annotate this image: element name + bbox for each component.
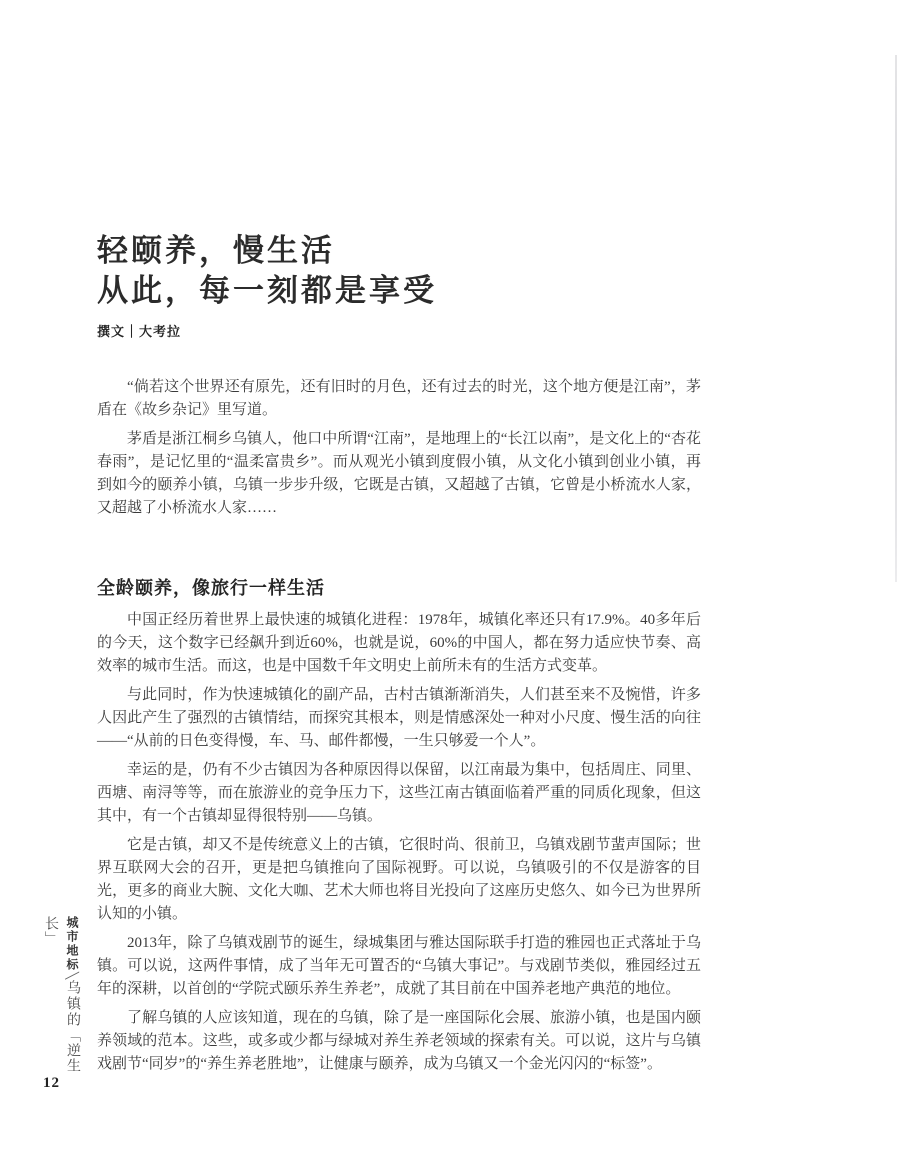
section-paragraph: 了解乌镇的人应该知道，现在的乌镇，除了是一座国际化会展、旅游小镇，也是国内颐养领…: [97, 1007, 701, 1076]
page-number: 12: [43, 1075, 60, 1092]
margin-vertical-label: 城市地标╲乌镇的﹁逆生长﹂: [39, 916, 83, 1086]
byline: 撰文｜大考拉: [97, 321, 701, 340]
section-paragraph: 幸运的是，仍有不少古镇因为各种原因得以保留，以江南最为集中，包括周庄、同里、西塘…: [97, 759, 701, 828]
article-title: 轻颐养，慢生活 从此，每一刻都是享受: [97, 231, 701, 311]
article-body: “倘若这个世界还有原先，还有旧时的月色，还有过去的时光，这个地方便是江南”，茅盾…: [97, 376, 701, 1076]
article-column: 轻颐养，慢生活 从此，每一刻都是享受 撰文｜大考拉 “倘若这个世界还有原先，还有…: [97, 231, 701, 1082]
section-paragraph: 中国正经历着世界上最快速的城镇化进程：1978年，城镇化率还只有17.9%。40…: [97, 609, 701, 678]
section-heading: 全龄颐养，像旅行一样生活: [97, 575, 701, 601]
page-edge-line: [895, 55, 897, 582]
intro-paragraph: 茅盾是浙江桐乡乌镇人，他口中所谓“江南”，是地理上的“长江以南”，是文化上的“杏…: [97, 428, 701, 520]
diagonal-separator: ╲: [65, 972, 79, 980]
section-paragraph: 它是古镇，却又不是传统意义上的古镇，它很时尚、很前卫，乌镇戏剧节蜚声国际；世界互…: [97, 834, 701, 926]
series-label: 城市地标: [65, 916, 79, 972]
section-paragraph: 2013年，除了乌镇戏剧节的诞生，绿城集团与雅达国际联手打造的雅园也正式落址于乌…: [97, 932, 701, 1001]
article-title-line2: 从此，每一刻都是享受: [97, 273, 437, 308]
section-paragraph: 与此同时，作为快速城镇化的副产品，古村古镇渐渐消失，人们甚至来不及惋惜，许多人因…: [97, 684, 701, 753]
article-title-line1: 轻颐养，慢生活: [97, 233, 335, 268]
intro-paragraph: “倘若这个世界还有原先，还有旧时的月色，还有过去的时光，这个地方便是江南”，茅盾…: [97, 376, 701, 422]
work-title-vertical: 乌镇的: [65, 980, 80, 1028]
